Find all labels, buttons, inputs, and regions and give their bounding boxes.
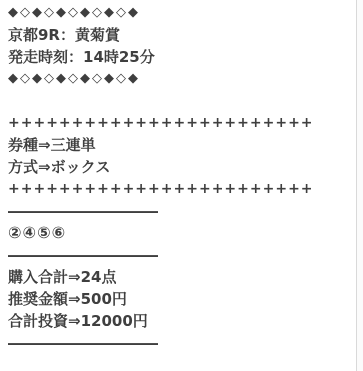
blog-post-page: ◆◇◆◇◆◇◆◇◆◇◆ 京都9R：黄菊賞 発走時刻：14時25分 ◆◇◆◇◆◇◆… [0,0,363,371]
plus-divider-top: ++++++++++++++++++++++++ [8,112,353,134]
plus-divider-bottom: ++++++++++++++++++++++++ [8,178,353,200]
total-investment: 合計投資⇒12000円 [8,310,353,332]
selected-horses: ②④⑤⑥ [8,222,353,244]
race-title: 京都9R：黄菊賞 [8,24,353,46]
dash-divider: ―――――――――― [8,332,353,354]
diamond-decor-bottom: ◆◇◆◇◆◇◆◇◆◇◆ [8,68,353,90]
bet-method: 方式⇒ボックス [8,156,353,178]
content-right-border [356,0,357,371]
blank-line [8,90,353,112]
recommended-amount: 推奨金額⇒500円 [8,288,353,310]
start-time: 発走時刻：14時25分 [8,46,353,68]
dash-divider: ―――――――――― [8,244,353,266]
race-tip-post: ◆◇◆◇◆◇◆◇◆◇◆ 京都9R：黄菊賞 発走時刻：14時25分 ◆◇◆◇◆◇◆… [8,2,353,354]
ticket-type: 券種⇒三連単 [8,134,353,156]
dash-divider: ―――――――――― [8,200,353,222]
page-right-gutter [357,0,363,371]
purchase-total: 購入合計⇒24点 [8,266,353,288]
diamond-decor-top: ◆◇◆◇◆◇◆◇◆◇◆ [8,2,353,24]
